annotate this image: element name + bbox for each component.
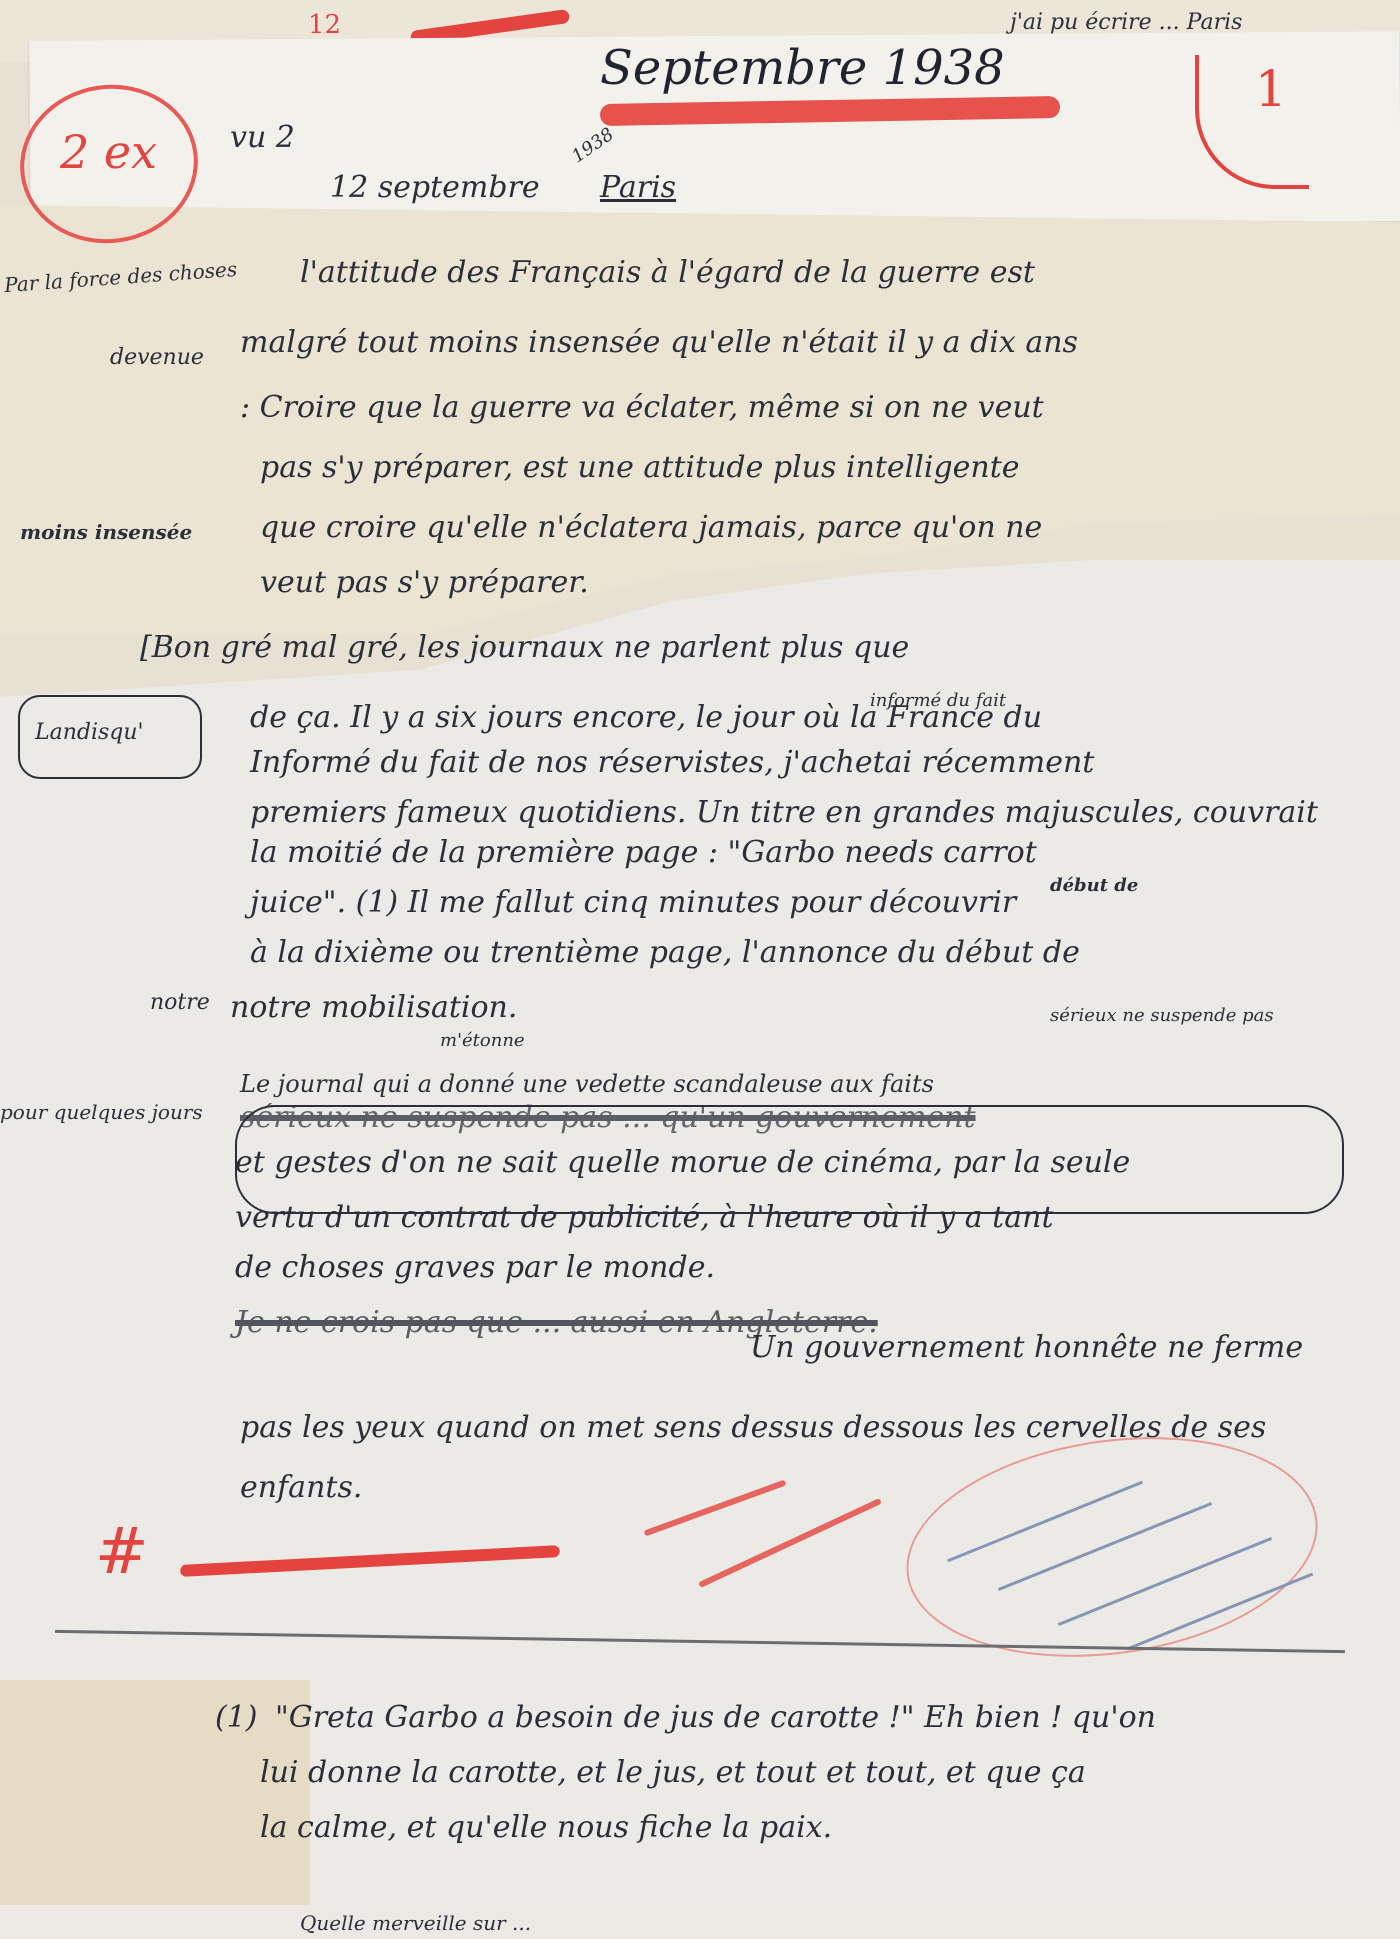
text-line: que croire qu'elle n'éclatera jamais, pa…: [260, 510, 1042, 545]
bottom-paper-strip: Quelle merveille sur ...: [0, 1905, 1400, 1939]
text-line: Informé du fait de nos réservistes, j'ac…: [250, 745, 1094, 780]
footnote-line: lui donne la carotte, et le jus, et tout…: [260, 1755, 1086, 1790]
copies-mark: 2 ex: [60, 125, 157, 179]
text-line: pas s'y préparer, est une attitude plus …: [260, 450, 1020, 485]
text-line: vertu d'un contrat de publicité, à l'heu…: [235, 1200, 1054, 1235]
page-title: Septembre 1938: [600, 40, 1005, 96]
text-line: veut pas s'y préparer.: [260, 565, 589, 600]
insertion-text: début de: [1050, 875, 1138, 896]
margin-note: moins insensée: [20, 520, 192, 544]
red-hash-mark: #: [95, 1515, 149, 1589]
footnote-marker: (1): [215, 1700, 258, 1735]
text-line: Un gouvernement honnête ne ferme: [750, 1330, 1303, 1365]
footnote-line: la calme, et qu'elle nous fiche la paix.: [260, 1810, 832, 1845]
insertion-text: m'étonne: [440, 1030, 525, 1051]
margin-note: Landisqu': [35, 720, 144, 745]
header-note: vu 2: [230, 120, 295, 155]
page-number: 1: [1255, 60, 1287, 118]
text-line: premiers fameux quotidiens. Un titre en …: [250, 795, 1318, 830]
bottom-strip-text: Quelle merveille sur ...: [300, 1911, 531, 1935]
red-fragment-mark: 12: [308, 10, 341, 40]
text-line: et gestes d'on ne sait quelle morue de c…: [235, 1145, 1130, 1180]
dateline-date: 12 septembre: [330, 170, 540, 205]
footnote-line: "Greta Garbo a besoin de jus de carotte …: [275, 1700, 1156, 1735]
margin-note: pour quelques jours: [0, 1100, 203, 1124]
text-line: à la dixième ou trentième page, l'annonc…: [250, 935, 1080, 970]
margin-note: notre: [150, 990, 210, 1015]
insertion-text: informé du fait: [870, 690, 1006, 711]
text-line: la moitié de la première page : "Garbo n…: [250, 835, 1037, 870]
text-line: notre mobilisation.: [230, 990, 517, 1025]
footnote-tab: [0, 1680, 310, 1910]
text-line: juice". (1) Il me fallut cinq minutes po…: [250, 885, 1016, 920]
margin-note: devenue: [110, 345, 204, 370]
dateline-place: Paris: [600, 170, 676, 205]
text-line: enfants.: [240, 1470, 362, 1505]
insertion-text: sérieux ne suspende pas: [1050, 1005, 1274, 1026]
text-line: Le journal qui a donné une vedette scand…: [240, 1070, 934, 1098]
text-line: : Croire que la guerre va éclater, même …: [240, 390, 1044, 425]
text-line: de choses graves par le monde.: [235, 1250, 715, 1285]
text-line: [Bon gré mal gré, les journaux ne parlen…: [140, 630, 909, 665]
text-line: l'attitude des Français à l'égard de la …: [300, 255, 1035, 290]
top-strip-text: j'ai pu écrire ... Paris: [1010, 10, 1242, 35]
text-line: malgré tout moins insensée qu'elle n'éta…: [240, 325, 1078, 360]
